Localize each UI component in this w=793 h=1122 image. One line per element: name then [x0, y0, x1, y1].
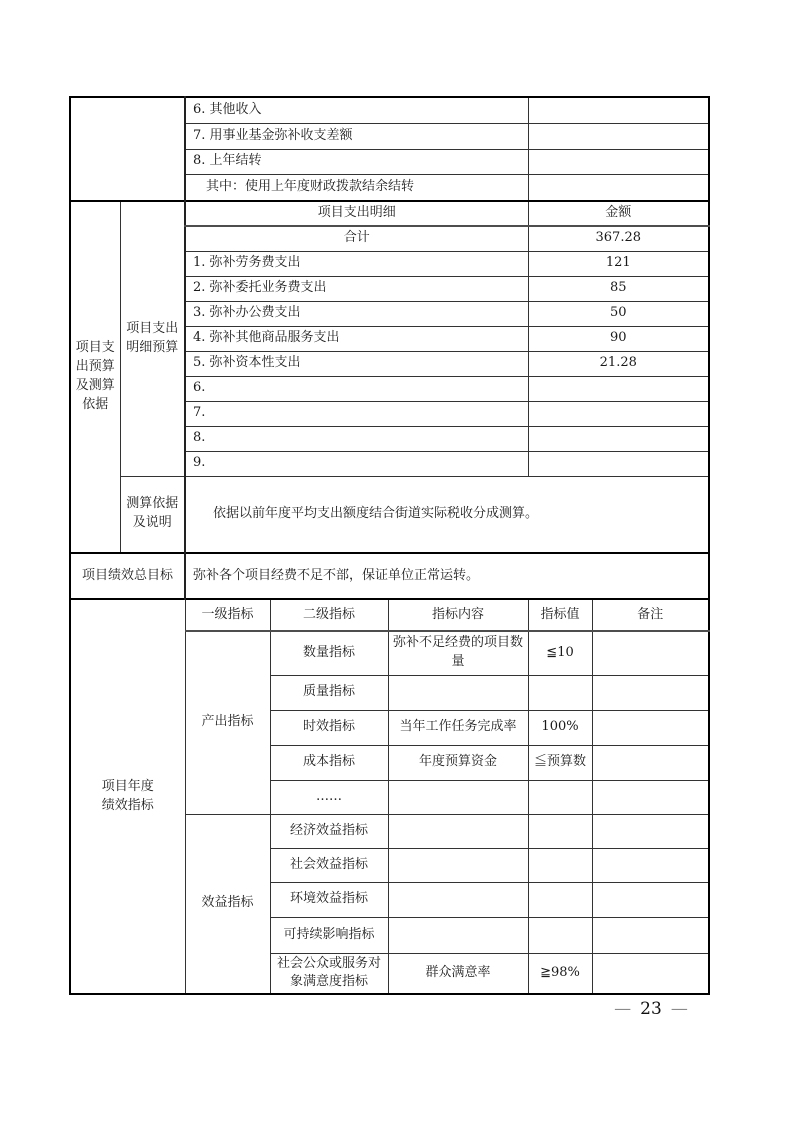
indicator-content: 年度预算资金: [388, 745, 528, 780]
performance-side-label: 项目年度绩效指标: [70, 599, 185, 994]
basis-content: 依据以前年度平均支出额度结合街道实际税收分成测算。: [185, 476, 709, 553]
indicator-value: ≦10: [528, 631, 592, 675]
expenditure-row-value: 85: [528, 276, 709, 301]
indicator-content: [388, 848, 528, 882]
income-row-label: 8. 上年结转: [185, 149, 528, 174]
table-row: 项目支出预算及测算依据 项目支出明细预算 项目支出明细 金额: [70, 201, 709, 226]
indicator-secondary: 经济效益指标: [270, 814, 388, 848]
indicator-note: [592, 814, 709, 848]
expenditure-row-value: [528, 401, 709, 426]
indicator-value: [528, 848, 592, 882]
expenditure-row-label: 8.: [185, 426, 528, 451]
expenditure-row-label: 1. 弥补劳务费支出: [185, 251, 528, 276]
indicator-note: [592, 631, 709, 675]
overall-goal-label: 项目绩效总目标: [70, 553, 185, 599]
income-row-label: 其中：使用上年度财政拨款结余结转: [185, 174, 528, 201]
indicator-value: [528, 780, 592, 814]
expenditure-row-value: [528, 426, 709, 451]
indicator-value: [528, 675, 592, 710]
expenditure-row-value: 50: [528, 301, 709, 326]
page-number: —23—: [596, 999, 706, 1019]
indicator-value: [528, 814, 592, 848]
expenditure-row-value: 21.28: [528, 351, 709, 376]
indicator-secondary: 可持续影响指标: [270, 917, 388, 953]
budget-table: 6. 其他收入 7. 用事业基金弥补收支差额 8. 上年结转 其中：使用上年度财…: [69, 96, 710, 995]
indicator-value: [528, 882, 592, 917]
income-row-label: 7. 用事业基金弥补收支差额: [185, 123, 528, 149]
total-value: 367.28: [528, 226, 709, 251]
indicator-content: [388, 882, 528, 917]
expenditure-row-label: 6.: [185, 376, 528, 401]
indicator-secondary: 质量指标: [270, 675, 388, 710]
table-row: 项目绩效总目标 弥补各个项目经费不足不部，保证单位正常运转。: [70, 553, 709, 599]
indicator-header-value: 指标值: [528, 599, 592, 631]
total-label: 合计: [185, 226, 528, 251]
income-row-label: 6. 其他收入: [185, 97, 528, 123]
income-row-value: [528, 123, 709, 149]
indicator-content: 当年工作任务完成率: [388, 710, 528, 745]
indicator-primary-benefit: 效益指标: [185, 814, 270, 994]
expenditure-row-label: 5. 弥补资本性支出: [185, 351, 528, 376]
indicator-header-primary: 一级指标: [185, 599, 270, 631]
page-number-value: 23: [640, 999, 662, 1019]
indicator-content: [388, 675, 528, 710]
page-number-dash-left: —: [605, 999, 640, 1019]
indicator-secondary: 环境效益指标: [270, 882, 388, 917]
indicator-secondary: 社会效益指标: [270, 848, 388, 882]
indicator-note: [592, 848, 709, 882]
indicator-value: 100%: [528, 710, 592, 745]
indicator-content: 弥补不足经费的项目数量: [388, 631, 528, 675]
indicator-value: ≦预算数: [528, 745, 592, 780]
indicator-note: [592, 953, 709, 994]
indicator-content: 群众满意率: [388, 953, 528, 994]
indicator-value: [528, 917, 592, 953]
indicator-header-content: 指标内容: [388, 599, 528, 631]
expenditure-row-value: 90: [528, 326, 709, 351]
indicator-secondary: ……: [270, 780, 388, 814]
expenditure-side-label: 项目支出预算及测算依据: [70, 201, 120, 553]
table-row: 项目年度绩效指标 一级指标 二级指标 指标内容 指标值 备注: [70, 599, 709, 631]
table-row: 6. 其他收入: [70, 97, 709, 123]
indicator-note: [592, 780, 709, 814]
indicator-value: ≧98%: [528, 953, 592, 994]
indicator-note: [592, 710, 709, 745]
indicator-secondary: 社会公众或服务对象满意度指标: [270, 953, 388, 994]
indicator-note: [592, 745, 709, 780]
detail-header-name: 项目支出明细: [185, 201, 528, 226]
income-side-empty-cell: [70, 97, 185, 201]
basis-label: 测算依据及说明: [120, 476, 185, 553]
document-page: 6. 其他收入 7. 用事业基金弥补收支差额 8. 上年结转 其中：使用上年度财…: [0, 0, 793, 1122]
expenditure-row-label: 2. 弥补委托业务费支出: [185, 276, 528, 301]
expenditure-row-label: 9.: [185, 451, 528, 476]
indicator-secondary: 时效指标: [270, 710, 388, 745]
income-row-value: [528, 149, 709, 174]
indicator-note: [592, 675, 709, 710]
expenditure-row-value: [528, 376, 709, 401]
expenditure-row-label: 3. 弥补办公费支出: [185, 301, 528, 326]
overall-goal-content: 弥补各个项目经费不足不部，保证单位正常运转。: [185, 553, 709, 599]
indicator-header-secondary: 二级指标: [270, 599, 388, 631]
expenditure-row-value: 121: [528, 251, 709, 276]
indicator-content: [388, 780, 528, 814]
indicator-content: [388, 917, 528, 953]
indicator-note: [592, 917, 709, 953]
indicator-content: [388, 814, 528, 848]
indicator-secondary: 数量指标: [270, 631, 388, 675]
indicator-note: [592, 882, 709, 917]
indicator-primary-output: 产出指标: [185, 631, 270, 814]
detail-header-amount: 金额: [528, 201, 709, 226]
page-number-dash-right: —: [662, 999, 697, 1019]
income-row-value: [528, 97, 709, 123]
indicator-header-note: 备注: [592, 599, 709, 631]
expenditure-detail-label: 项目支出明细预算: [120, 201, 185, 476]
expenditure-row-label: 7.: [185, 401, 528, 426]
indicator-secondary: 成本指标: [270, 745, 388, 780]
expenditure-row-value: [528, 451, 709, 476]
income-row-value: [528, 174, 709, 201]
table-row: 测算依据及说明 依据以前年度平均支出额度结合街道实际税收分成测算。: [70, 476, 709, 553]
expenditure-row-label: 4. 弥补其他商品服务支出: [185, 326, 528, 351]
